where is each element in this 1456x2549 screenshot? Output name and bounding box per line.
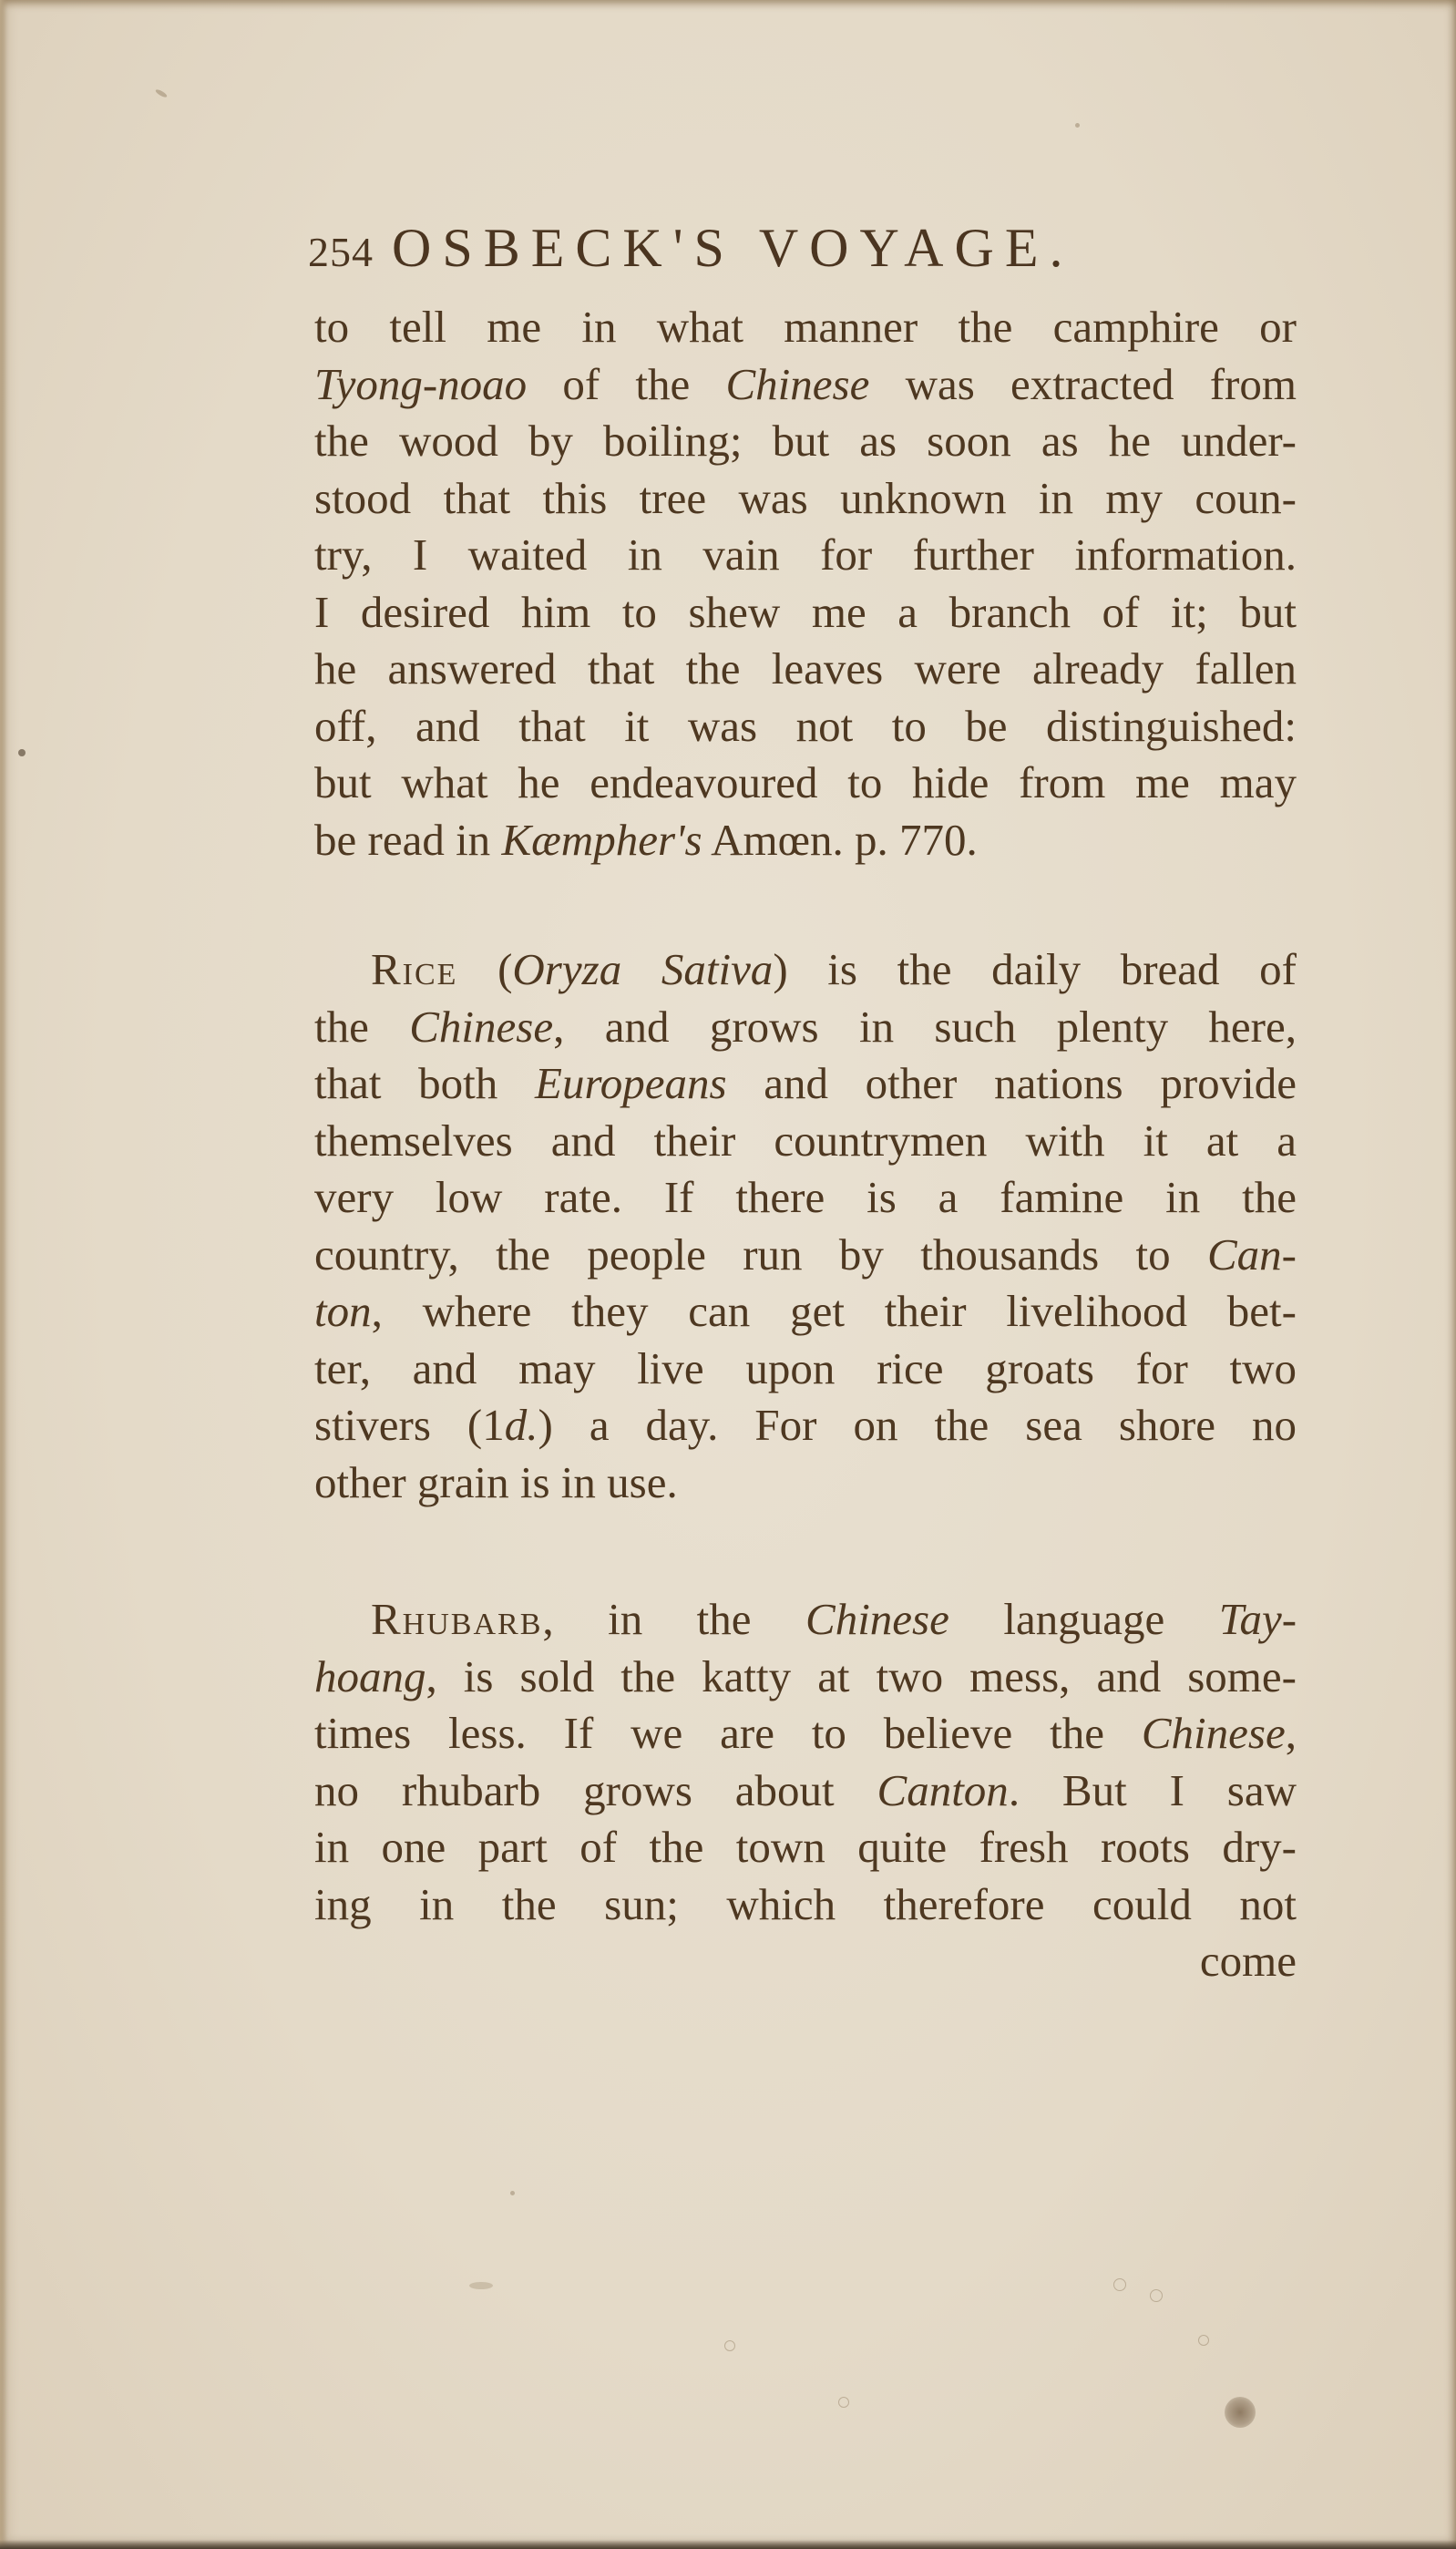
text-run: times less. If we are to believe the bbox=[314, 1708, 1142, 1758]
text-line: be read in Kæmpher's Amœn. p. 770. bbox=[314, 812, 1297, 869]
text-run: , in the bbox=[542, 1594, 805, 1644]
text-run: of the bbox=[527, 359, 725, 409]
text-line: off, and that it was not to be distingui… bbox=[314, 698, 1297, 755]
text-run: but what he endeavoured to hide from me … bbox=[314, 757, 1297, 807]
text-line: very low rate. If there is a famine in t… bbox=[314, 1169, 1297, 1227]
text-run: try, I waited in vain for further inform… bbox=[314, 529, 1297, 580]
text-line: Tyong-noao of the Chinese was extracted … bbox=[314, 356, 1297, 414]
text-line: stivers (1d.) a day. For on the sea shor… bbox=[314, 1397, 1297, 1454]
italic-text: Tay- bbox=[1219, 1594, 1297, 1644]
paragraph: Rice (Oryza Sativa) is the daily bread o… bbox=[314, 941, 1297, 1511]
text-run: in one part of the town quite fresh root… bbox=[314, 1822, 1297, 1872]
italic-text: Can- bbox=[1207, 1229, 1297, 1280]
text-run: no rhubarb grows about bbox=[314, 1765, 877, 1815]
paper-speck bbox=[1113, 2278, 1126, 2291]
italic-text: Kæmpher's bbox=[501, 815, 702, 865]
text-run: I desired him to shew me a branch of it;… bbox=[314, 587, 1297, 637]
text-line: country, the people run by thousands to … bbox=[314, 1227, 1297, 1284]
text-line: the Chinese, and grows in such plenty he… bbox=[314, 999, 1297, 1056]
italic-text: Chinese bbox=[1142, 1708, 1286, 1758]
paper-speck bbox=[1198, 2335, 1209, 2346]
text-run: he answered that the leaves were already… bbox=[314, 643, 1297, 694]
paper-speck bbox=[1150, 2289, 1163, 2302]
text-run: country, the people run by thousands to bbox=[314, 1229, 1207, 1280]
body-text: to tell me in what manner the camphire o… bbox=[314, 299, 1297, 1990]
small-caps-text: Rhubarb bbox=[371, 1594, 542, 1644]
text-line: Rhubarb, in the Chinese language Tay- bbox=[314, 1591, 1297, 1649]
text-run: the wood by boiling; but as soon as he u… bbox=[314, 416, 1297, 466]
text-run: to tell me in what manner the camphire o… bbox=[314, 302, 1297, 352]
text-run: ) is the daily bread of bbox=[773, 944, 1297, 994]
text-run: and other nations provide bbox=[727, 1058, 1297, 1108]
italic-text: d. bbox=[505, 1400, 538, 1450]
text-line: but what he endeavoured to hide from me … bbox=[314, 755, 1297, 812]
text-line: to tell me in what manner the camphire o… bbox=[314, 299, 1297, 356]
paper-speck bbox=[1075, 123, 1080, 128]
paper-speck bbox=[155, 88, 169, 98]
italic-text: ton bbox=[314, 1286, 372, 1336]
small-caps-text: Rice bbox=[371, 944, 457, 994]
text-run: Amœn. p. 770. bbox=[702, 815, 978, 865]
text-run: was extracted from bbox=[869, 359, 1297, 409]
text-line: I desired him to shew me a branch of it;… bbox=[314, 584, 1297, 642]
page-bottom-edge bbox=[0, 2540, 1456, 2549]
text-run: , is sold the katty at two mess, and som… bbox=[426, 1651, 1297, 1701]
running-head: 254OSBECK'S VOYAGE. bbox=[308, 217, 1073, 280]
text-line: try, I waited in vain for further inform… bbox=[314, 527, 1297, 584]
page-left-edge bbox=[0, 0, 7, 2549]
text-run: , bbox=[1286, 1708, 1297, 1758]
catchword: come bbox=[314, 1933, 1297, 1990]
text-run: , and grows in such plenty here, bbox=[553, 1002, 1297, 1052]
paper-speck bbox=[724, 2340, 735, 2351]
text-run: ing in the sun; which therefore could no… bbox=[314, 1879, 1297, 1929]
text-line: other grain is in use. bbox=[314, 1454, 1297, 1512]
text-line: that both Europeans and other nations pr… bbox=[314, 1055, 1297, 1113]
italic-text: Chinese bbox=[409, 1002, 553, 1052]
paragraph-gap bbox=[314, 869, 1297, 941]
text-run: be read in bbox=[314, 815, 501, 865]
paragraph-gap bbox=[314, 1511, 1297, 1591]
italic-text: Chinese bbox=[726, 359, 870, 409]
text-run: stood that this tree was unknown in my c… bbox=[314, 473, 1297, 523]
text-run: , where they can get their livelihood be… bbox=[372, 1286, 1297, 1336]
text-line: times less. If we are to believe the Chi… bbox=[314, 1705, 1297, 1763]
running-title: OSBECK'S VOYAGE. bbox=[392, 218, 1073, 278]
text-run: ter, and may live upon rice groats for t… bbox=[314, 1343, 1297, 1393]
paper-speck bbox=[510, 2191, 515, 2195]
italic-text: Canton bbox=[877, 1765, 1009, 1815]
text-line: the wood by boiling; but as soon as he u… bbox=[314, 413, 1297, 470]
text-run: that both bbox=[314, 1058, 535, 1108]
text-line: hoang, is sold the katty at two mess, an… bbox=[314, 1649, 1297, 1706]
text-run: other grain is in use. bbox=[314, 1457, 678, 1507]
text-run: off, and that it was not to be distingui… bbox=[314, 701, 1297, 751]
italic-text: hoang bbox=[314, 1651, 426, 1701]
italic-text: Tyong-noao bbox=[314, 359, 527, 409]
text-run: very low rate. If there is a famine in t… bbox=[314, 1172, 1297, 1222]
paragraph: Rhubarb, in the Chinese language Tay-hoa… bbox=[314, 1591, 1297, 1933]
text-line: themselves and their countrymen with it … bbox=[314, 1113, 1297, 1170]
italic-text: Chinese bbox=[805, 1594, 949, 1644]
paper-stain bbox=[1225, 2397, 1256, 2428]
text-run: ) a day. For on the sea shore no bbox=[538, 1400, 1297, 1450]
paper-speck bbox=[469, 2282, 493, 2289]
text-run: stivers (1 bbox=[314, 1400, 505, 1450]
paper-speck bbox=[18, 749, 26, 756]
paper-speck bbox=[838, 2397, 849, 2408]
text-line: ton, where they can get their livelihood… bbox=[314, 1283, 1297, 1341]
paragraph: to tell me in what manner the camphire o… bbox=[314, 299, 1297, 869]
text-line: no rhubarb grows about Canton. But I saw bbox=[314, 1763, 1297, 1820]
text-run: . But I saw bbox=[1009, 1765, 1297, 1815]
text-run: language bbox=[949, 1594, 1219, 1644]
text-run: ( bbox=[457, 944, 512, 994]
text-line: ing in the sun; which therefore could no… bbox=[314, 1876, 1297, 1934]
text-line: stood that this tree was unknown in my c… bbox=[314, 470, 1297, 528]
text-line: ter, and may live upon rice groats for t… bbox=[314, 1341, 1297, 1398]
book-page: 254OSBECK'S VOYAGE. to tell me in what m… bbox=[0, 0, 1456, 2549]
text-run: themselves and their countrymen with it … bbox=[314, 1115, 1297, 1166]
text-line: Rice (Oryza Sativa) is the daily bread o… bbox=[314, 941, 1297, 999]
italic-text: Oryza Sativa bbox=[512, 944, 773, 994]
page-number: 254 bbox=[308, 229, 374, 275]
italic-text: Europeans bbox=[535, 1058, 727, 1108]
text-line: he answered that the leaves were already… bbox=[314, 641, 1297, 698]
text-run: the bbox=[314, 1002, 409, 1052]
text-line: in one part of the town quite fresh root… bbox=[314, 1819, 1297, 1876]
